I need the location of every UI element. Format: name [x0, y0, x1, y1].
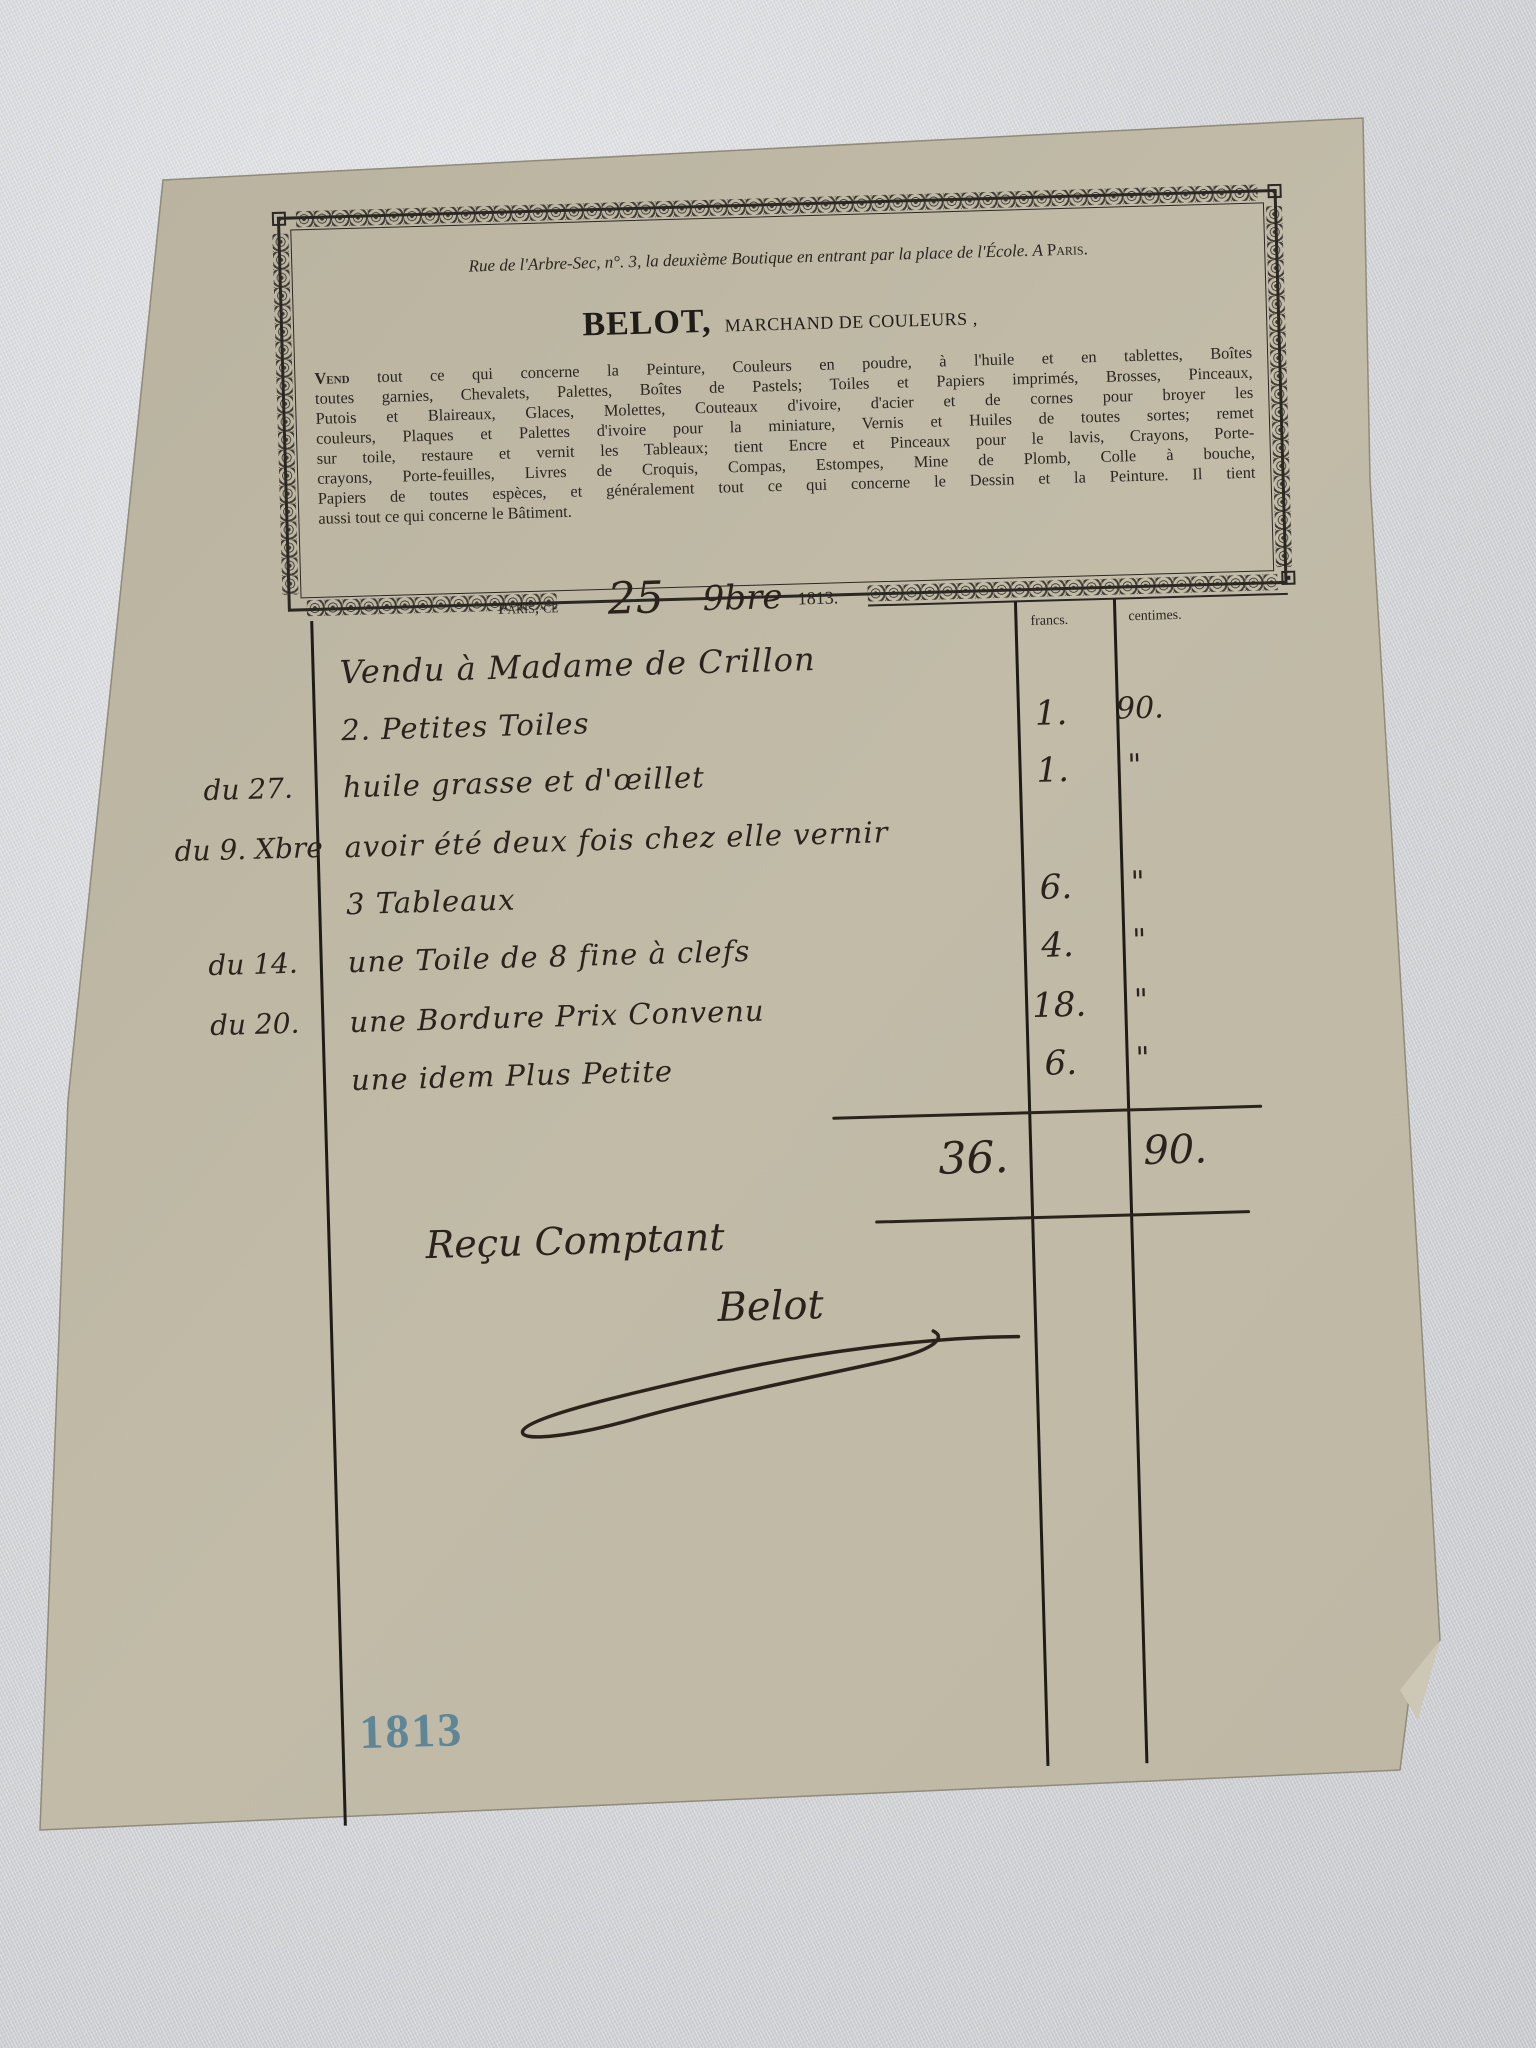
- signature-flourish-icon: [508, 1306, 1031, 1450]
- item-francs: 1.: [1002, 749, 1103, 792]
- item-date: du 20.: [179, 1007, 300, 1043]
- item-description: une Toile de 8 fine à clefs: [347, 934, 750, 979]
- subtotal-rule: [832, 1105, 1262, 1120]
- item-date: du 9. Xbre: [174, 832, 295, 868]
- merchant-name: BELOT,: [582, 303, 712, 344]
- customer-line: Vendu à Madame de Crillon: [309, 654, 310, 704]
- archive-year-stamp: 1813: [358, 1702, 463, 1760]
- corner-ornament-icon: [1267, 184, 1281, 198]
- item-description: avoir été deux fois chez elle vernir: [344, 815, 889, 864]
- total-row: 36. 90.: [193, 1121, 1404, 1225]
- item-centimes: 90.: [1115, 688, 1256, 727]
- date-label: Paris, ce: [498, 597, 559, 619]
- item-description: 3 Tableaux: [346, 883, 516, 922]
- item-centimes: ": [1132, 919, 1273, 958]
- total-rule: [875, 1210, 1250, 1223]
- line-item: 3 Tableaux 6. ": [316, 888, 317, 938]
- line-item: 2. Petites Toiles 1. 90.: [311, 714, 312, 764]
- item-description: 2. Petites Toiles: [341, 706, 590, 747]
- date-month: 9bre: [702, 577, 783, 619]
- centimes-column-header: centimes.: [1128, 608, 1182, 625]
- line-item: du 27. huile grasse et d'œillet 1. ": [312, 771, 313, 821]
- item-francs: 18.: [1009, 984, 1110, 1027]
- line-item: du 9. Xbre avoir été deux fois chez elle…: [314, 831, 315, 881]
- item-description: une idem Plus Petite: [351, 1054, 674, 1097]
- item-centimes: ": [1127, 744, 1268, 783]
- item-description: une Bordure Prix Convenu: [349, 994, 765, 1040]
- item-date: du 27.: [172, 772, 293, 808]
- customer-name: Vendu à Madame de Crillon: [339, 640, 816, 691]
- item-francs: 4.: [1007, 924, 1108, 967]
- item-date: [171, 715, 291, 718]
- item-date: [181, 1065, 301, 1068]
- ledger-left-margin-line: [310, 621, 346, 1826]
- item-centimes: ": [1130, 861, 1271, 900]
- description-lead-word: Vend: [314, 368, 350, 388]
- corner-ornament-icon: [272, 212, 286, 226]
- letterhead-frame: Rue de l'Arbre-Sec, n°. 3, la deuxième B…: [277, 189, 1288, 612]
- item-date: [176, 889, 296, 892]
- merchant-trade: MARCHAND DE COULEURS ,: [724, 308, 977, 335]
- date-year: 1813.: [797, 587, 838, 609]
- merchant-description: Vend tout ce qui concerne la Peinture, C…: [314, 343, 1256, 529]
- line-item: du 14. une Toile de 8 fine à clefs 4. ": [317, 946, 318, 996]
- item-centimes: ": [1135, 1037, 1276, 1076]
- receipt-text: Reçu Comptant: [425, 1215, 725, 1267]
- date-day: 25: [607, 572, 664, 625]
- line-item: du 20. une Bordure Prix Convenu 18. ": [319, 1006, 320, 1056]
- line-item: une idem Plus Petite 6. ": [321, 1064, 322, 1114]
- item-francs: 1.: [1001, 692, 1102, 735]
- total-centimes: 90.: [1143, 1126, 1208, 1174]
- francs-column-header: francs.: [1030, 613, 1068, 630]
- item-francs: 6.: [1005, 866, 1106, 909]
- corner-ornament-icon: [1281, 571, 1295, 585]
- item-description: huile grasse et d'œillet: [342, 760, 705, 804]
- item-francs: 6.: [1010, 1042, 1111, 1085]
- item-centimes: ": [1134, 979, 1275, 1018]
- address-city: Paris.: [1047, 239, 1089, 259]
- total-francs: 36.: [918, 1131, 1029, 1185]
- invoice-document: Rue de l'Arbre-Sec, n°. 3, la deuxième B…: [165, 116, 1421, 1829]
- item-date: du 14.: [177, 947, 298, 983]
